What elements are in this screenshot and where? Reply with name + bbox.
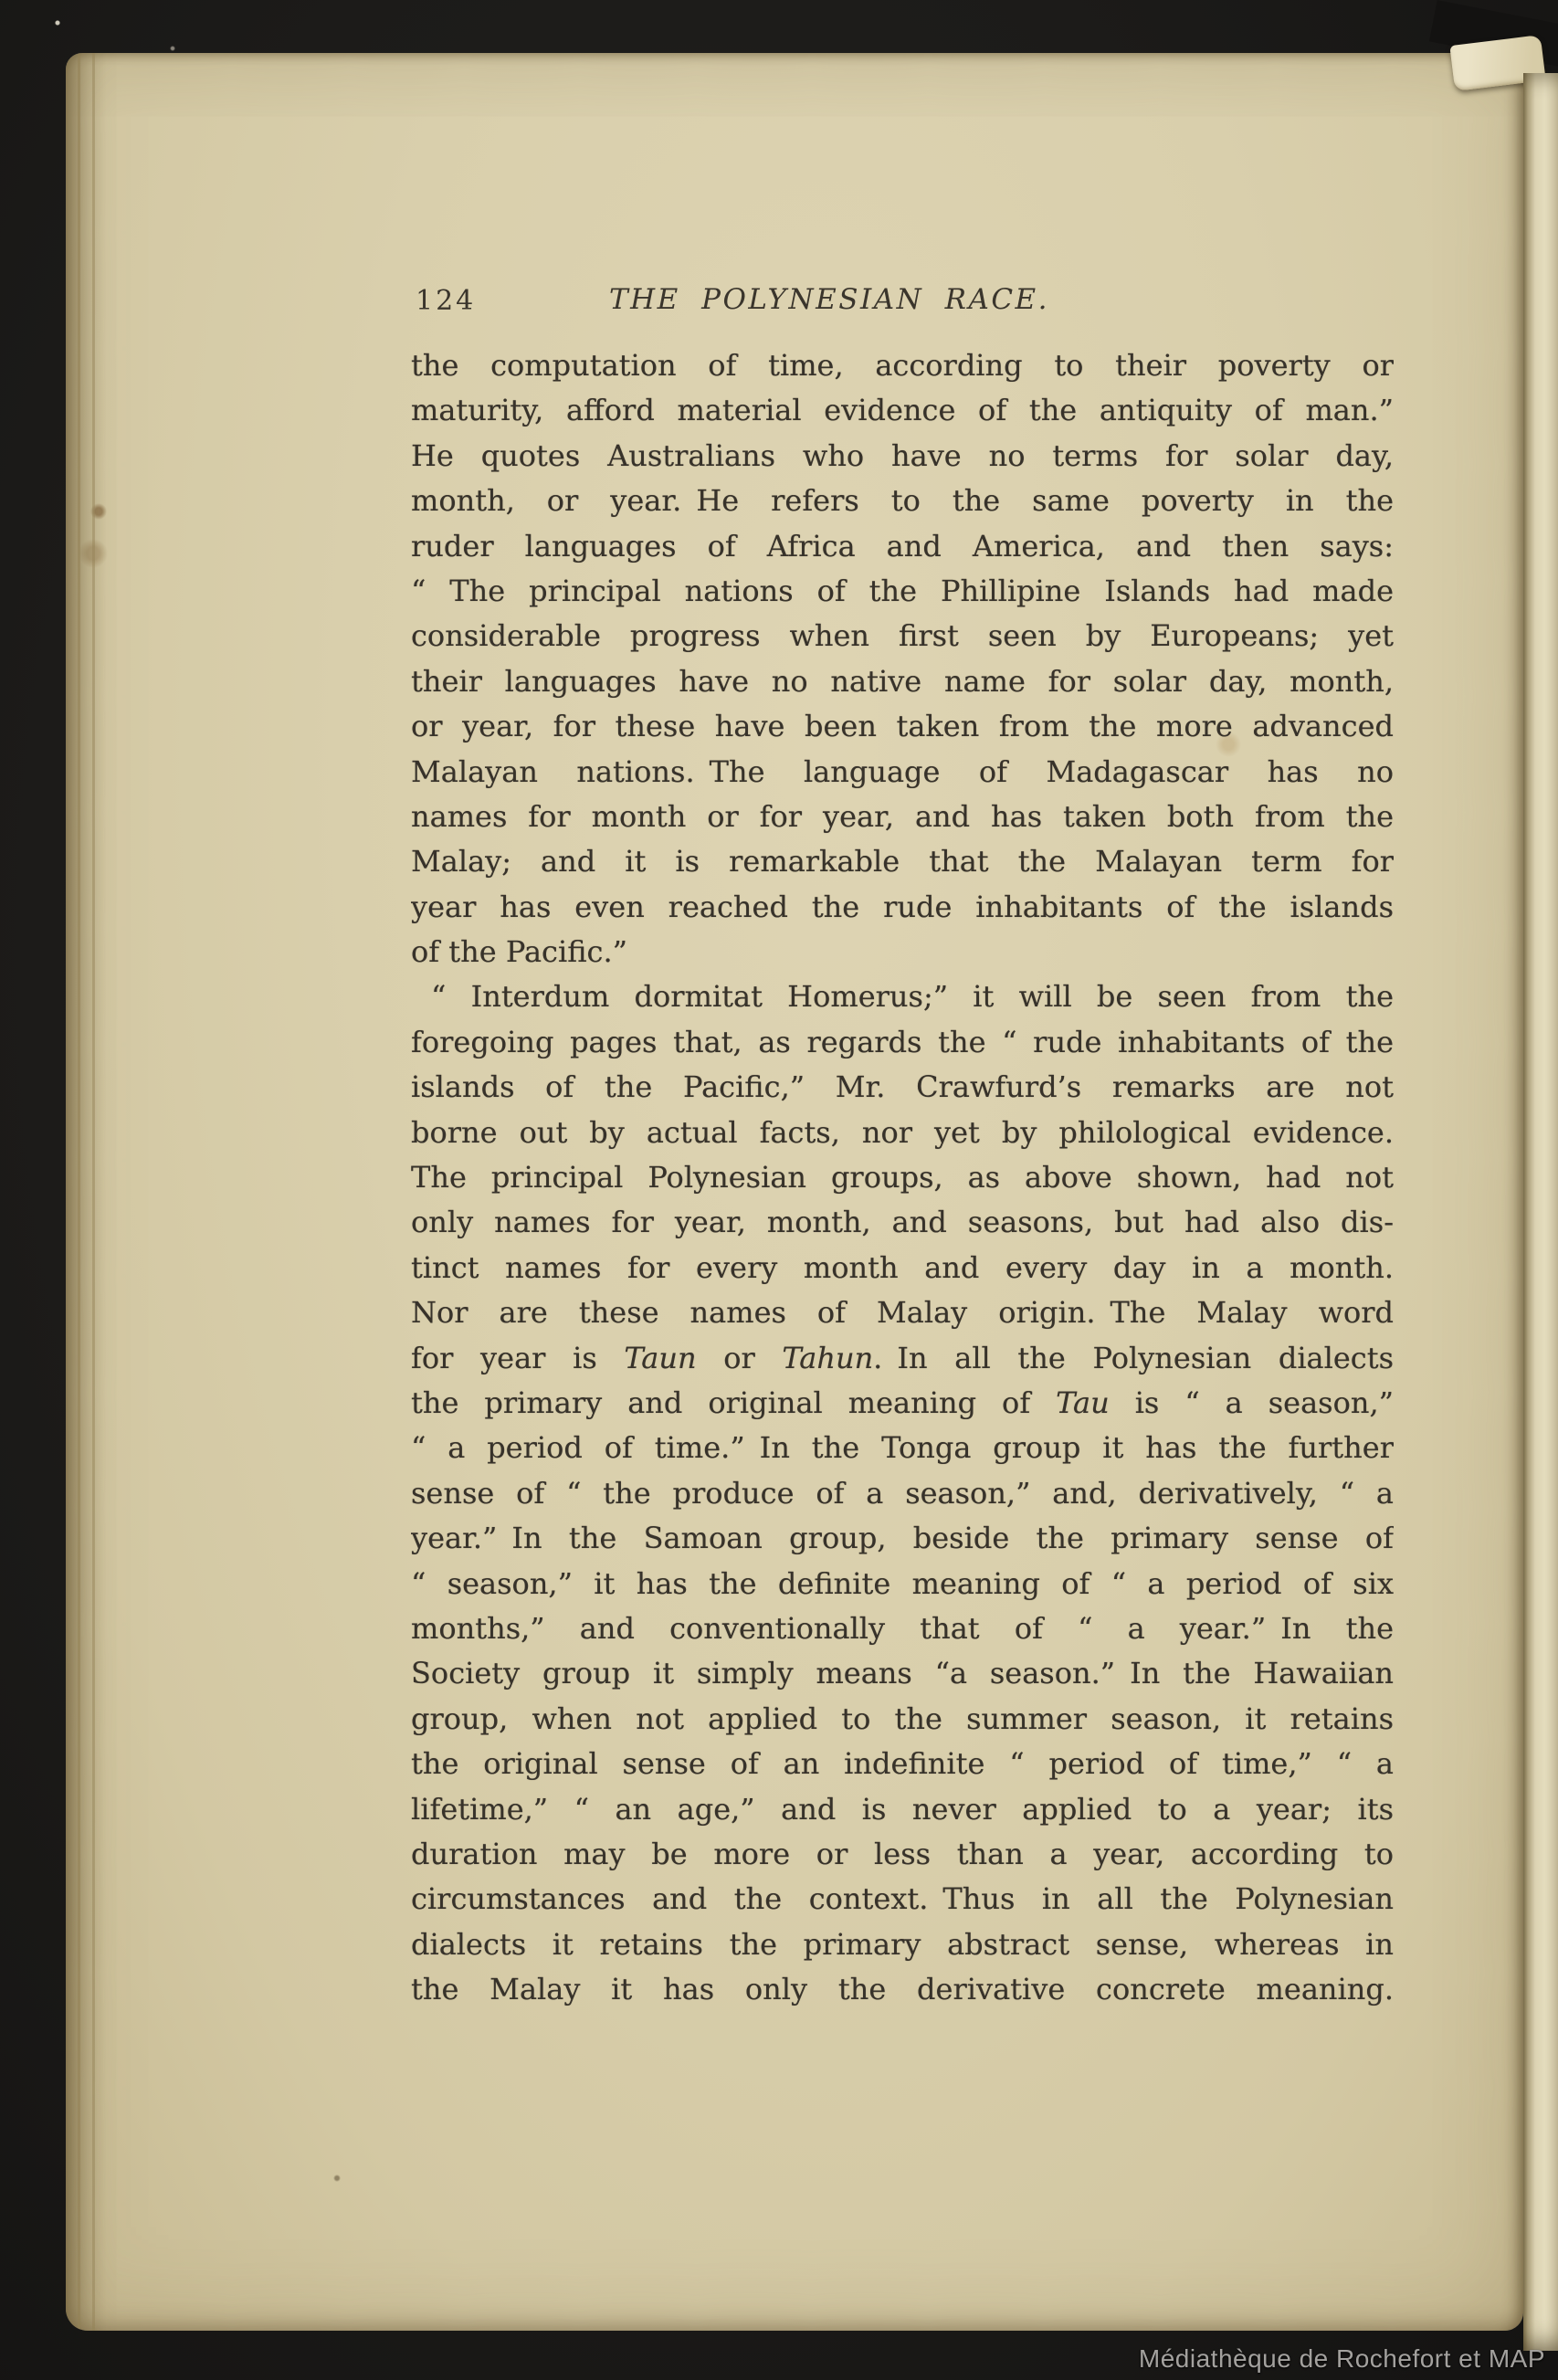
library-watermark: Médiathèque de Rochefort et MAP — [1139, 2344, 1545, 2374]
page-number: 124 — [416, 281, 476, 321]
text-line: the original sense of an indefinite “ pe… — [411, 1742, 1394, 1786]
text-line: borne out by actual facts, nor yet by ph… — [411, 1111, 1394, 1155]
text-line: dialects it retains the primary abstract… — [411, 1922, 1394, 1967]
scan-background: 124 THE POLYNESIAN RACE. the computation… — [0, 0, 1558, 2380]
text-line: names for month or for year, and has tak… — [411, 795, 1394, 839]
text-line: of the Pacific.” — [411, 930, 1394, 974]
text-line: tinct names for every month and every da… — [411, 1246, 1394, 1290]
text-line: foregoing pages that, as regards the “ r… — [411, 1020, 1394, 1065]
text-line: lifetime,” “ an age,” and is never appli… — [411, 1787, 1394, 1832]
page-left-deckle-edge — [66, 53, 106, 2331]
body-text: the computation of time, according to th… — [411, 343, 1394, 2012]
text-line: year.” In the Samoan group, beside the p… — [411, 1516, 1394, 1561]
text-line: considerable progress when first seen by… — [411, 614, 1394, 658]
text-line: “ season,” it has the definite meaning o… — [411, 1562, 1394, 1606]
text-line: Society group it simply means “a season.… — [411, 1651, 1394, 1696]
text-line: Malayan nations. The language of Madagas… — [411, 750, 1394, 795]
running-title: THE POLYNESIAN RACE. — [609, 279, 1049, 320]
text-line: Nor are these names of Malay origin. The… — [411, 1290, 1394, 1335]
text-line: ruder languages of Africa and America, a… — [411, 524, 1394, 569]
text-line: month, or year. He refers to the same po… — [411, 479, 1394, 523]
text-line: “ Interdum dormitat Homerus;” it will be… — [411, 974, 1394, 1019]
text-line: The principal Polynesian groups, as abov… — [411, 1155, 1394, 1200]
text-line: their languages have no native name for … — [411, 659, 1394, 704]
text-line: for year is Taun or Tahun. In all the Po… — [411, 1336, 1394, 1381]
text-line: year has even reached the rude inhabitan… — [411, 885, 1394, 930]
text-line: the Malay it has only the derivative con… — [411, 1967, 1394, 2012]
text-line: He quotes Australians who have no terms … — [411, 434, 1394, 479]
text-line: sense of “ the produce of a season,” and… — [411, 1471, 1394, 1516]
text-line: the computation of time, according to th… — [411, 343, 1394, 388]
text-line: “ The principal nations of the Phillipin… — [411, 569, 1394, 614]
text-line: the primary and original meaning of Tau … — [411, 1381, 1394, 1426]
paragraph: “ Interdum dormitat Homerus;” it will be… — [411, 974, 1394, 2012]
text-line: Malay; and it is remarkable that the Mal… — [411, 839, 1394, 884]
text-line: group, when not applied to the summer se… — [411, 1697, 1394, 1742]
paragraph: the computation of time, according to th… — [411, 343, 1394, 974]
text-line: circumstances and the context. Thus in a… — [411, 1877, 1394, 1922]
text-line: months,” and conventionally that of “ a … — [411, 1606, 1394, 1651]
book-page: 124 THE POLYNESIAN RACE. the computation… — [66, 53, 1523, 2331]
text-line: only names for year, month, and seasons,… — [411, 1200, 1394, 1245]
text-line: islands of the Pacific,” Mr. Crawfurd’s … — [411, 1065, 1394, 1110]
text-line: maturity, afford material evidence of th… — [411, 388, 1394, 433]
text-line: or year, for these have been taken from … — [411, 704, 1394, 749]
text-line: duration may be more or less than a year… — [411, 1832, 1394, 1877]
fore-edge-pages — [1523, 73, 1558, 2351]
text-line: “ a period of time.” In the Tonga group … — [411, 1426, 1394, 1470]
